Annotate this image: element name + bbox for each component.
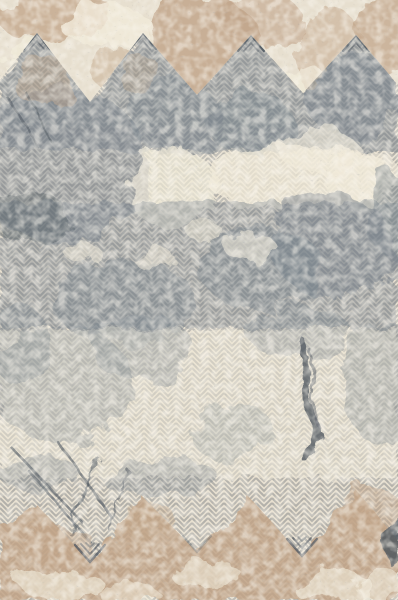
- rug-photo: [0, 0, 398, 600]
- fibre-grain-overlay: [0, 0, 398, 600]
- rug-photo-canvas: [0, 0, 398, 600]
